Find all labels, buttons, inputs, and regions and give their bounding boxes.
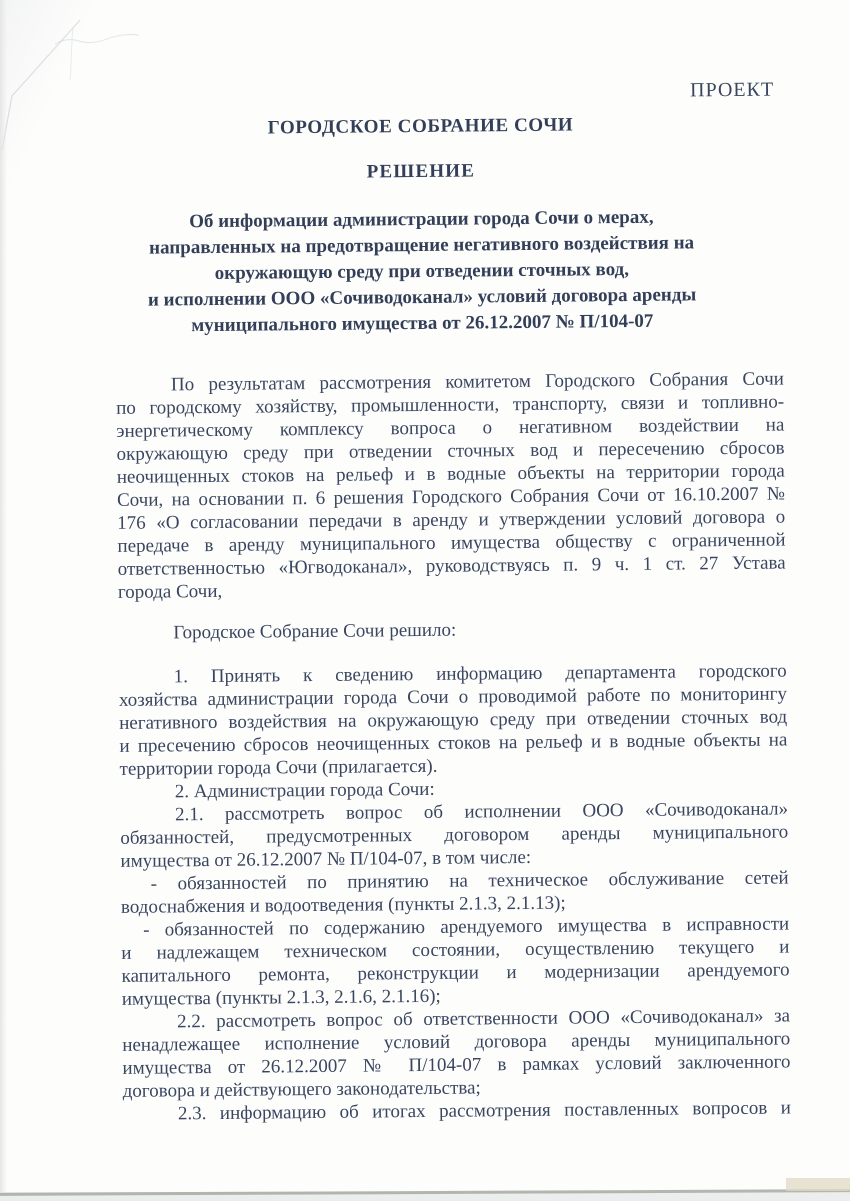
scanned-document-page: ПРОЕКТ ГОРОДСКОЕ СОБРАНИЕ СОЧИ РЕШЕНИЕ О…: [0, 0, 850, 1201]
paragraph-item-2-1: 2.1. рассмотреть вопрос об исполнении ОО…: [120, 797, 789, 872]
paragraph-item-2-1-dash-1: - обязанностей по принятию на техническо…: [121, 866, 789, 918]
paragraph-item-1: 1. Принять к сведению информацию департа…: [119, 659, 788, 780]
document-text: По результатам рассмотрения комитетом Го…: [116, 367, 791, 1125]
text-line: Городское Собрание Сочи решило:: [118, 615, 786, 644]
scan-corner-patch: [786, 1178, 850, 1191]
document-type-heading: РЕШЕНИЕ: [0, 156, 846, 187]
paragraph-item-2-2: 2.2. рассмотреть вопрос об ответственнос…: [122, 1004, 791, 1102]
organization-name: ГОРОДСКОЕ СОБРАНИЕ СОЧИ: [0, 111, 846, 142]
scan-edge-left: [0, 0, 7, 1201]
document-body: ПРОЕКТ ГОРОДСКОЕ СОБРАНИЕ СОЧИ РЕШЕНИЕ О…: [0, 0, 850, 1127]
draft-stamp: ПРОЕКТ: [0, 0, 845, 109]
paragraph-resolved-clause: Городское Собрание Сочи решило:: [118, 615, 786, 644]
document-title: Об информации администрации города Сочи …: [0, 203, 847, 341]
paragraph-item-2-1-dash-2: - обязанностей по содержанию арендуемого…: [121, 912, 790, 1010]
paragraph-preamble: По результатам рассмотрения комитетом Го…: [116, 367, 786, 603]
